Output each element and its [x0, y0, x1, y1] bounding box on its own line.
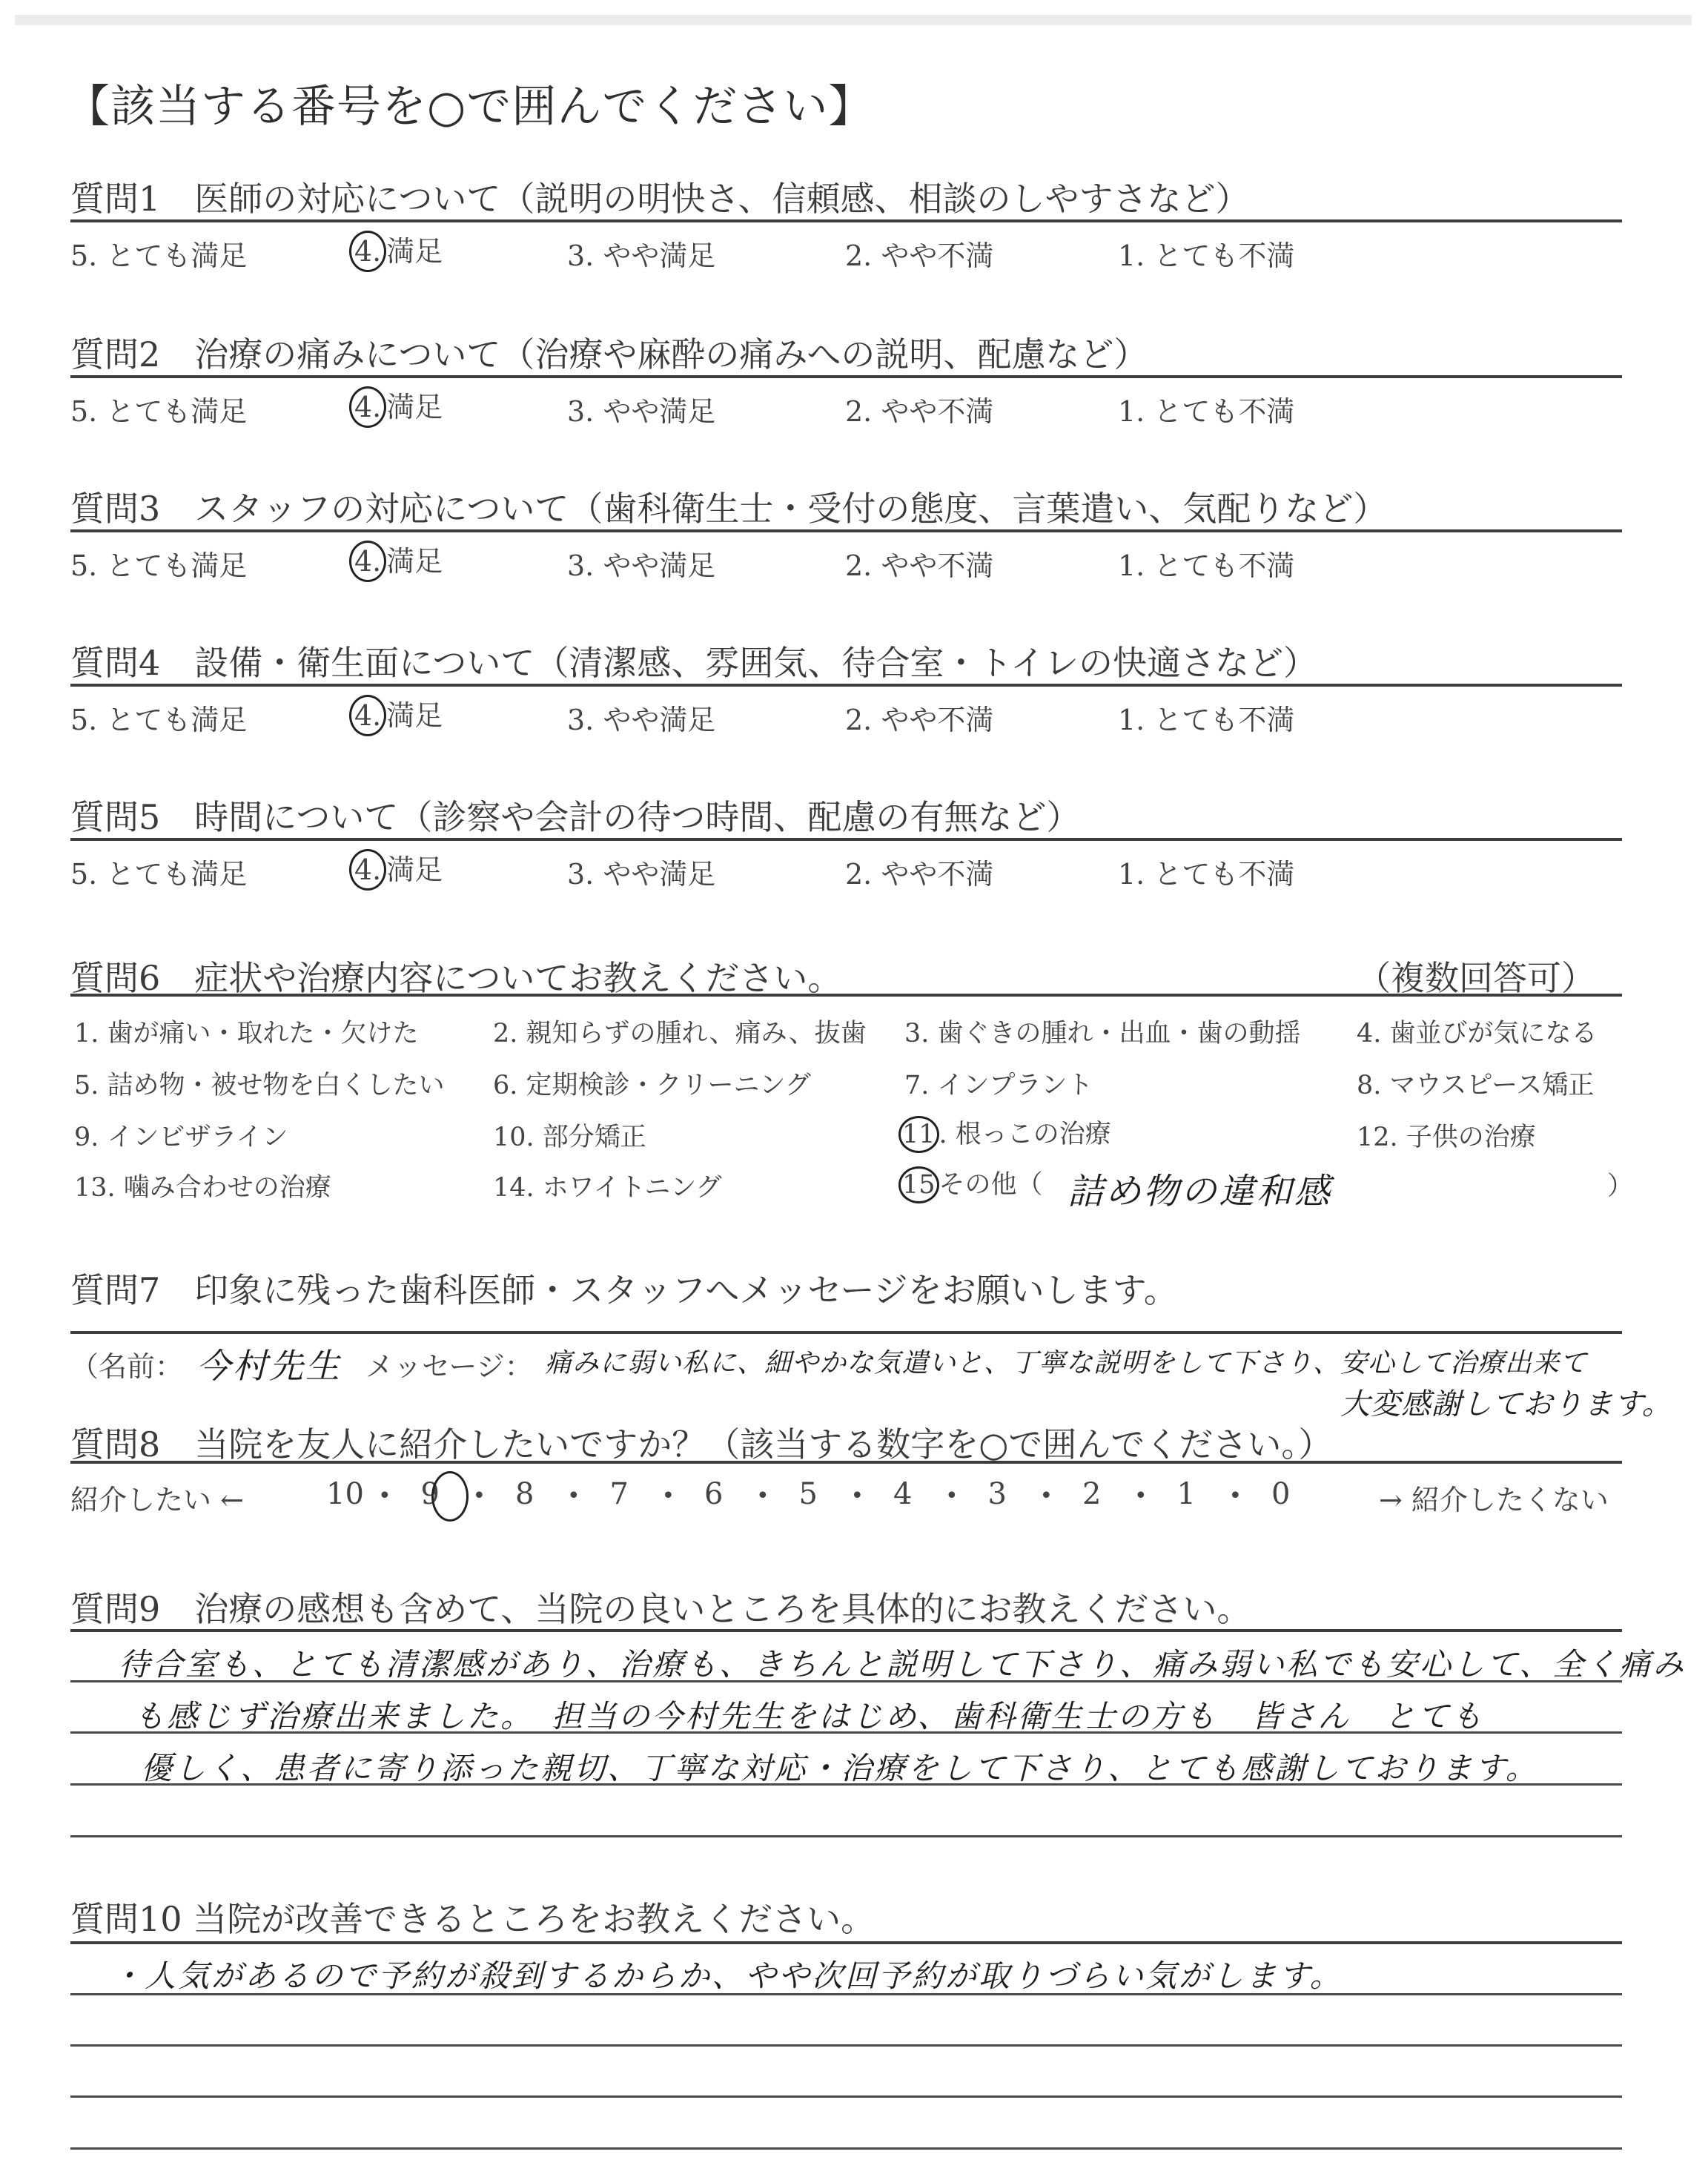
- q8-rule: [70, 1461, 1622, 1464]
- answer-line: [70, 1783, 1622, 1786]
- q8-scale-7[interactable]: 7: [610, 1477, 629, 1511]
- q5-option-1[interactable]: 1. とても不満: [1118, 851, 1294, 892]
- q2-option-1[interactable]: 1. とても不満: [1118, 389, 1294, 429]
- q6-option-11[interactable]: 11. 根っこの治療: [898, 1114, 1111, 1153]
- q10-rule: [70, 1941, 1622, 1944]
- q7-name-value[interactable]: 今村先生: [196, 1339, 342, 1388]
- answer-line: [70, 1680, 1622, 1682]
- scale-separator-dot: •: [378, 1483, 391, 1509]
- q6-option-15[interactable]: 15その他（: [898, 1164, 1043, 1203]
- q9-label: 質問9 治療の感想も含めて、当院の良いところを具体的にお教えください。: [70, 1582, 1251, 1631]
- q9-answer-line-3[interactable]: 優しく、患者に寄り添った親切、丁寧な対応・治療をして下さり、とても感謝しておりま…: [141, 1744, 1539, 1789]
- q5-option-3[interactable]: 3. やや満足: [567, 851, 715, 892]
- q7-message-label: メッセージ：: [365, 1344, 533, 1384]
- q2-option-4[interactable]: 4.満足: [354, 384, 443, 428]
- scale-separator-dot: •: [1134, 1483, 1148, 1509]
- scale-separator-dot: •: [1229, 1483, 1242, 1509]
- q8-left-label: 紹介したい ←: [70, 1477, 244, 1518]
- q6-option-6[interactable]: 6. 定期検診・クリーニング: [493, 1065, 811, 1102]
- q2-option-5[interactable]: 5. とても満足: [70, 389, 247, 429]
- q6-option-1[interactable]: 1. 歯が痛い・取れた・欠けた: [74, 1013, 419, 1050]
- q4-option-4[interactable]: 4.満足: [354, 693, 443, 736]
- q8-scale-2[interactable]: 2: [1082, 1477, 1101, 1511]
- option-4-label: 満足: [386, 545, 443, 578]
- q6-option-2[interactable]: 2. 親知らずの腫れ、痛み、抜歯: [493, 1013, 867, 1050]
- q3-option-1[interactable]: 1. とても不満: [1118, 543, 1294, 584]
- q4-option-5[interactable]: 5. とても満足: [70, 697, 247, 738]
- selected-circle: 4.: [349, 849, 386, 891]
- q8-scale-4[interactable]: 4: [893, 1477, 912, 1511]
- page-title: 【該当する番号を○で囲んでください】: [65, 71, 873, 135]
- q3-option-4[interactable]: 4.満足: [354, 538, 443, 582]
- q1-option-2[interactable]: 2. やや不満: [845, 233, 993, 274]
- q7-rule: [70, 1331, 1622, 1334]
- q4-option-3[interactable]: 3. やや満足: [567, 697, 715, 738]
- q4-option-2[interactable]: 2. やや不満: [845, 697, 993, 738]
- q3-option-2[interactable]: 2. やや不満: [845, 543, 993, 584]
- q8-scale-6[interactable]: 6: [704, 1477, 723, 1511]
- q5-option-4[interactable]: 4.満足: [354, 847, 443, 891]
- q2-label: 質問2 治療の痛みについて（治療や麻酔の痛みへの説明、配慮など）: [70, 328, 1148, 377]
- option-4-label: 満足: [386, 699, 443, 732]
- scale-separator-dot: •: [567, 1483, 580, 1509]
- q6-option-11-label: . 根っこの治療: [939, 1120, 1111, 1149]
- q6-other-answer[interactable]: 詰め物の違和感: [1067, 1163, 1332, 1214]
- answer-line: [70, 1731, 1622, 1734]
- q6-option-15-label: その他（: [939, 1170, 1043, 1200]
- q1-option-3[interactable]: 3. やや満足: [567, 233, 715, 274]
- q6-other-close-paren: ）: [1607, 1166, 1633, 1203]
- q7-message-line-1[interactable]: 痛みに弱い私に、細やかな気遣いと、丁寧な説明をして下さり、安心して治療出来て: [545, 1342, 1587, 1380]
- q5-rule: [70, 838, 1622, 841]
- q1-option-1[interactable]: 1. とても不満: [1118, 233, 1294, 274]
- selected-circle: 4.: [349, 386, 386, 428]
- scan-top-edge: [15, 15, 1692, 25]
- q6-option-9[interactable]: 9. インビザライン: [74, 1117, 288, 1154]
- option-4-label: 満足: [386, 853, 443, 886]
- q3-option-3[interactable]: 3. やや満足: [567, 543, 715, 584]
- q1-option-5[interactable]: 5. とても満足: [70, 233, 247, 274]
- q8-scale-3[interactable]: 3: [988, 1477, 1007, 1511]
- q6-option-4[interactable]: 4. 歯並びが気になる: [1357, 1013, 1598, 1050]
- q1-label: 質問1 医師の対応について（説明の明快さ、信頼感、相談のしやすさなど）: [70, 172, 1250, 221]
- answer-line: [70, 1835, 1622, 1837]
- q1-rule: [70, 219, 1622, 222]
- q6-rule: [70, 994, 1622, 997]
- q8-scale-10[interactable]: 10: [326, 1477, 364, 1511]
- q8-scale-8[interactable]: 8: [515, 1477, 534, 1511]
- selected-circle: 4.: [349, 541, 386, 582]
- q6-option-10[interactable]: 10. 部分矯正: [493, 1117, 646, 1154]
- selected-circle: 4.: [349, 695, 386, 736]
- q3-option-5[interactable]: 5. とても満足: [70, 543, 247, 584]
- q6-option-14[interactable]: 14. ホワイトニング: [493, 1167, 722, 1204]
- q8-scale-5[interactable]: 5: [799, 1477, 818, 1511]
- scale-separator-dot: •: [1040, 1483, 1053, 1509]
- q6-option-5[interactable]: 5. 詰め物・被せ物を白くしたい: [74, 1065, 445, 1102]
- q7-name-label: （名前：: [70, 1344, 183, 1384]
- q4-rule: [70, 684, 1622, 687]
- q8-scale-0[interactable]: 0: [1271, 1477, 1290, 1511]
- q5-option-2[interactable]: 2. やや不満: [845, 851, 993, 892]
- q6-option-3[interactable]: 3. 歯ぐきの腫れ・出血・歯の動揺: [904, 1013, 1301, 1050]
- q8-right-label: → 紹介したくない: [1379, 1477, 1609, 1518]
- q4-option-1[interactable]: 1. とても不満: [1118, 697, 1294, 738]
- answer-line: [70, 2095, 1622, 2098]
- option-4-label: 満足: [386, 235, 443, 268]
- option-4-label: 満足: [386, 391, 443, 423]
- answer-line: [70, 2044, 1622, 2047]
- q3-label: 質問3 スタッフの対応について（歯科衛生士・受付の態度、言葉遣い、気配りなど）: [70, 482, 1387, 531]
- scale-separator-dot: •: [662, 1483, 675, 1509]
- scale-separator-dot: •: [756, 1483, 769, 1509]
- scale-separator-dot: •: [851, 1483, 864, 1509]
- q6-option-13[interactable]: 13. 噛み合わせの治療: [74, 1167, 331, 1204]
- q7-message-line-2[interactable]: 大変感謝しております。: [1340, 1381, 1672, 1423]
- selected-circle: [431, 1471, 469, 1522]
- q10-answer-line-1[interactable]: ・人気があるので予約が殺到するからか、やや次回予約が取りづらい気がします。: [111, 1952, 1343, 1996]
- answer-line: [70, 2147, 1622, 2150]
- q8-label: 質問8 当院を友人に紹介したいですか？（該当する数字を○で囲んでください。）: [70, 1418, 1332, 1467]
- q5-option-5[interactable]: 5. とても満足: [70, 851, 247, 892]
- scale-separator-dot: •: [945, 1483, 959, 1509]
- q8-scale-1[interactable]: 1: [1177, 1477, 1196, 1511]
- q2-option-2[interactable]: 2. やや不満: [845, 389, 993, 429]
- q1-option-4[interactable]: 4.満足: [354, 228, 443, 272]
- selected-circle: 4.: [349, 231, 386, 272]
- q9-rule: [70, 1629, 1622, 1632]
- q5-label: 質問5 時間について（診察や会計の待つ時間、配慮の有無など）: [70, 790, 1080, 839]
- q9-answer-line-2[interactable]: も感じず治療出来ました。 担当の今村先生をはじめ、歯科衛生士の方も 皆さん とて…: [133, 1692, 1484, 1737]
- q6-option-12[interactable]: 12. 子供の治療: [1357, 1117, 1536, 1154]
- selected-circle: 11: [898, 1116, 939, 1153]
- answer-line: [70, 1993, 1622, 1995]
- q9-answer-line-1[interactable]: 待合室も、とても清潔感があり、治療も、きちんと説明して下さり、痛み弱い私でも安心…: [119, 1640, 1686, 1685]
- q2-option-3[interactable]: 3. やや満足: [567, 389, 715, 429]
- selected-circle: 15: [898, 1166, 939, 1203]
- q2-rule: [70, 375, 1622, 378]
- q4-label: 質問4 設備・衛生面について（清潔感、雰囲気、待合室・トイレの快適さなど）: [70, 636, 1317, 685]
- q6-option-7[interactable]: 7. インプラント: [904, 1065, 1093, 1102]
- scale-separator-dot: •: [473, 1483, 486, 1509]
- q10-label: 質問10 当院が改善できるところをお教えください。: [70, 1892, 875, 1941]
- q6-option-8[interactable]: 8. マウスピース矯正: [1357, 1065, 1594, 1102]
- q7-label: 質問7 印象に残った歯科医師・スタッフへメッセージをお願いします。: [70, 1264, 1178, 1312]
- q3-rule: [70, 529, 1622, 532]
